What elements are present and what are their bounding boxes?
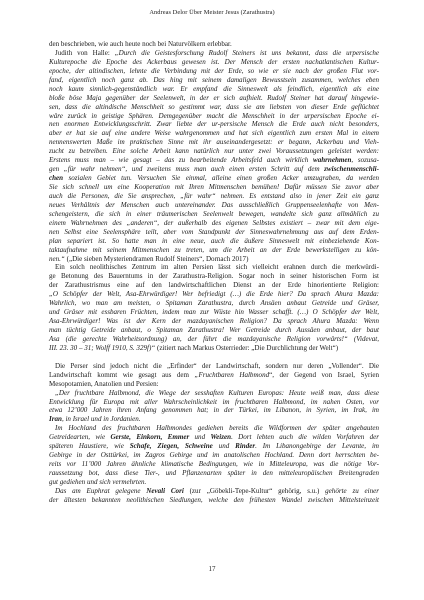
text-run: Landwirtschaft kommt wie gesagt aus dem [49,371,195,379]
text-run: Asa (die gerechte Wahrheitsordnung) an, … [49,335,379,343]
text-run: raussetzung bot, dass diese Tier-, und P… [49,469,379,477]
text-run: einem Wahrnehmen des „anderen“, der auße… [49,219,379,227]
text-line-p1: nennenswerten Maße im praktischen Sinne … [49,138,379,147]
text-run: gut gediehen und sich vermehrten. [49,478,146,486]
text-line-p6: Das am Euphrat gelegene Nevali Cori (zur… [49,487,379,496]
text-run: der Zarathustrismus eine auf den landwir… [49,281,379,289]
text-run: . Im Libanongebirge der Levante, im [255,442,379,450]
text-line-p0: den beschrieben, wie auch heute noch bei… [49,40,379,49]
text-line-p1: Judith von Halle: „Durch die Geistesfors… [49,49,379,58]
paragraph-gap [49,353,379,362]
text-run: Kulturepoche die Epoche des Ackerbaus ge… [49,58,379,66]
text-run: sozialen Gebiet tun. Versuchen Sie einma… [63,174,379,182]
page-body-text: den beschrieben, wie auch heute noch bei… [49,40,379,505]
running-header: Andreas Delor Über Meister Jesus (Zarath… [0,9,424,16]
emphasized-term: Gerste, Einkorn, Emmer [110,433,189,441]
text-line-p2: „O Schöpfer der Welt, Asa-Ehrwürdiger! W… [49,290,379,299]
text-line-p3: Die Perser sind jedoch nicht die „Erfind… [49,362,379,371]
text-line-p4: Entwicklung für Europa mit aller Wahrsch… [49,398,379,407]
text-line-p2: Wahrlich, wo man am meisten, o Spitaman … [49,299,379,308]
text-run: (zur „Göbekli-Tepe-Kultur“ gehörig, s.u.… [184,487,325,495]
text-run: Wahrlich, wo man am meisten, o Spitaman … [49,299,379,307]
page-number: 17 [0,565,424,573]
text-line-p1: einem Wahrnehmen des „anderen“, der auße… [49,219,379,228]
text-run: auch die Personen, die Sie ansprechen, „… [49,192,379,200]
text-run: epoche, der altindischen, lehnte die Ver… [49,67,379,75]
emphasized-term: zwischenmenschli- [324,165,379,173]
text-run: und [189,433,210,441]
text-line-p1: zucht zu betreiben. Eine solche Arbeit k… [49,147,379,156]
text-line-p1: Sie sich schnell um eine Kooperation mit… [49,183,379,192]
text-run: “, der Gegend von Israel, Syrien [269,371,379,379]
text-line-p1: nen.“ („Die sieben Mysteriendramen Rudol… [49,255,379,264]
text-run: „Der fruchtbare Halbmond, die Wiege der … [55,389,379,397]
text-line-p2: der Zarathustrismus eine auf den landwir… [49,281,379,290]
text-run: Ein solch neolithisches Zentrum im alten… [55,263,379,271]
text-run: wäre zurück in geistige Sphären. Demgege… [49,112,379,120]
text-run: sen, dass die altindische Menschheit so … [49,103,379,111]
text-line-p1: gen „für wahr nehmen“, und zweitens muss… [49,165,379,174]
text-run: taktaufnahme mit seinem Mitmenschen zu t… [49,246,379,254]
text-run: , sozusa- [351,156,379,164]
text-run: fand, eigentlich noch ganz ab. Das hing … [49,76,379,84]
text-run: gehörte zu einer [325,487,379,495]
text-line-p4: „Der fruchtbare Halbmond, die Wiege der … [49,389,379,398]
emphasized-term: chen [49,174,63,182]
text-run: noch kaum sinnlich-gegenständlich war. E… [49,85,379,93]
text-line-p2: ge Betonung des Bauerntums in der Zarath… [49,272,379,281]
text-run: Das am Euphrat gelegene [55,487,146,495]
text-run: ge Betonung des Bauerntums in der Zarath… [49,272,379,280]
text-line-p1: schengeistern, die sich in einer träumer… [49,210,379,219]
text-run: zucht zu betreiben. Eine solche Arbeit k… [49,147,379,155]
emphasized-term: Rinder [235,442,255,450]
emphasized-term: Iran [49,415,62,423]
text-run: man tüchtig Getreide anbaut, o Spitaman … [49,326,379,334]
text-line-p5: späteren Haustiere, wie Schafe, Ziegen, … [49,442,379,451]
text-line-p2: Asa (die gerechte Wahrheitsordnung) an, … [49,335,379,344]
text-run: Judith von Halle: [55,49,115,57]
text-run: Erstens muss man – wie gesagt – das zu b… [49,156,313,164]
text-run: („Die sieben Mysteriendramen Rudolf Stei… [65,255,249,263]
text-run: „O Schöpfer der Welt, Asa-Ehrwürdiger! W… [49,290,379,298]
text-line-p5: Getreidearten, wie Gerste, Einkorn, Emme… [49,433,379,442]
text-run: plan separiert ist. So hatte man in eine… [49,237,379,245]
text-run: der ältesten bekannten neolithischen Sie… [49,496,379,504]
text-run: „Durch die Geistesforschung Rudolf Stein… [115,49,379,57]
text-line-p1: bloße böse Maja gegenüber der Seelenwelt… [49,94,379,103]
text-run: gen „für wahr nehmen“, und zweitens muss… [49,165,324,173]
text-run: schengeistern, die sich in einer träumer… [49,210,379,218]
text-line-p1: neues Verhältnis der Menschen auch unter… [49,201,379,210]
text-line-p2: Asa-Ehrwürdiger! Was ist der Kern der ma… [49,317,379,326]
text-run: Getreidearten, wie [49,433,110,441]
text-line-p1: wäre zurück in geistige Sphären. Demgege… [49,112,379,121]
text-line-p4: etwa 12’000 Jahren ihren Anfang genommen… [49,406,379,415]
text-run: nen.“ [49,255,65,263]
text-line-p1: Erstens muss man – wie gesagt – das zu b… [49,156,379,165]
text-line-p5: reits vor 11’000 Jahren ähnliche klimati… [49,460,379,469]
text-line-p5: Im Hochland des fruchtbaren Halbmondes g… [49,424,379,433]
text-run: aber er hat sie auf eine andere Weise wa… [49,129,379,137]
text-run: und Gräser mit essbaren Früchten, indem … [49,308,379,316]
text-line-p2: und Gräser mit essbaren Früchten, indem … [49,308,379,317]
text-run: neues Verhältnis der Menschen auch unter… [49,201,379,209]
text-line-p1: aber er hat sie auf eine andere Weise wa… [49,129,379,138]
text-run: bloße böse Maja gegenüber der Seelenwelt… [49,94,379,102]
text-line-p1: noch kaum sinnlich-gegenständlich war. E… [49,85,379,94]
text-run: Sie sich schnell um eine Kooperation mit… [49,183,379,191]
text-run: Im Hochland des fruchtbaren Halbmondes g… [55,424,379,432]
text-run: späteren Haustiere, wie [49,442,130,450]
text-run: III. 23. 30 – 31; Wolff 1910, S. 329f)“ [49,344,155,352]
text-run: Asa-Ehrwürdiger! Was ist der Kern der ma… [49,317,379,325]
text-run: „Fruchtbaren Halbmond [195,371,270,379]
text-run: nen enormen Entwicklungsschritt. Zwar li… [49,120,379,128]
text-run: nennenswerten Maße im praktischen Sinne … [49,138,379,146]
text-line-p4: Iran, in Israel und in Jordanien. [49,415,379,424]
text-line-p1: taktaufnahme mit seinem Mitmenschen zu t… [49,246,379,255]
text-run: den beschrieben, wie auch heute noch bei… [49,40,232,48]
text-line-p3: Mesopotamien, Anatolien und Persien: [49,380,379,389]
text-line-p2: Ein solch neolithisches Zentrum im alten… [49,263,379,272]
text-line-p5: raussetzung bot, dass diese Tier-, und P… [49,469,379,478]
text-line-p1: nen Selbst eine Seelensphäre teilt, aber… [49,228,379,237]
text-line-p1: fand, eigentlich noch ganz ab. Das hing … [49,76,379,85]
text-run: Gebirge in der Osttürkei, im Zagros Gebi… [49,451,379,459]
text-line-p1: Kulturepoche die Epoche des Ackerbaus ge… [49,58,379,67]
text-run: etwa 12’000 Jahren ihren Anfang genommen… [49,406,379,414]
text-line-p2: man tüchtig Getreide anbaut, o Spitaman … [49,326,379,335]
emphasized-term: Nevali Cori [146,487,184,495]
text-line-p6: der ältesten bekannten neolithischen Sie… [49,496,379,505]
text-run: Mesopotamien, Anatolien und Persien: [49,380,159,388]
text-run: reits vor 11’000 Jahren ähnliche klimati… [49,460,379,468]
text-line-p1: sen, dass die altindische Menschheit so … [49,103,379,112]
text-line-p1: nen enormen Entwicklungsschritt. Zwar li… [49,120,379,129]
text-run: und [213,442,235,450]
text-run: Die Perser sind jedoch nicht die „Erfind… [55,362,379,370]
text-line-p1: auch die Personen, die Sie ansprechen, „… [49,192,379,201]
text-run: nen Selbst eine Seelensphäre teilt, aber… [49,228,379,236]
text-line-p1: epoche, der altindischen, lehnte die Ver… [49,67,379,76]
text-line-p2: III. 23. 30 – 31; Wolff 1910, S. 329f)“ … [49,344,379,353]
text-line-p1: plan separiert ist. So hatte man in eine… [49,237,379,246]
emphasized-term: Weizen [210,433,231,441]
text-line-p1: chen sozialen Gebiet tun. Versuchen Sie … [49,174,379,183]
text-run: . Dort lebten auch die wilden Vorfahren … [231,433,379,441]
text-line-p3: Landwirtschaft kommt wie gesagt aus dem … [49,371,379,380]
emphasized-term: wahrnehmen [313,156,351,164]
emphasized-term: Schafe, Ziegen, Schweine [130,442,213,450]
text-run: , in Israel und in Jordanien. [62,415,141,423]
text-run: (zitiert nach Markus Osterrieder: „Die D… [155,344,338,352]
text-run: Entwicklung für Europa mit aller Wahrsch… [49,398,379,406]
text-line-p5: Gebirge in der Osttürkei, im Zagros Gebi… [49,451,379,460]
text-line-p5: gut gediehen und sich vermehrten. [49,478,379,487]
